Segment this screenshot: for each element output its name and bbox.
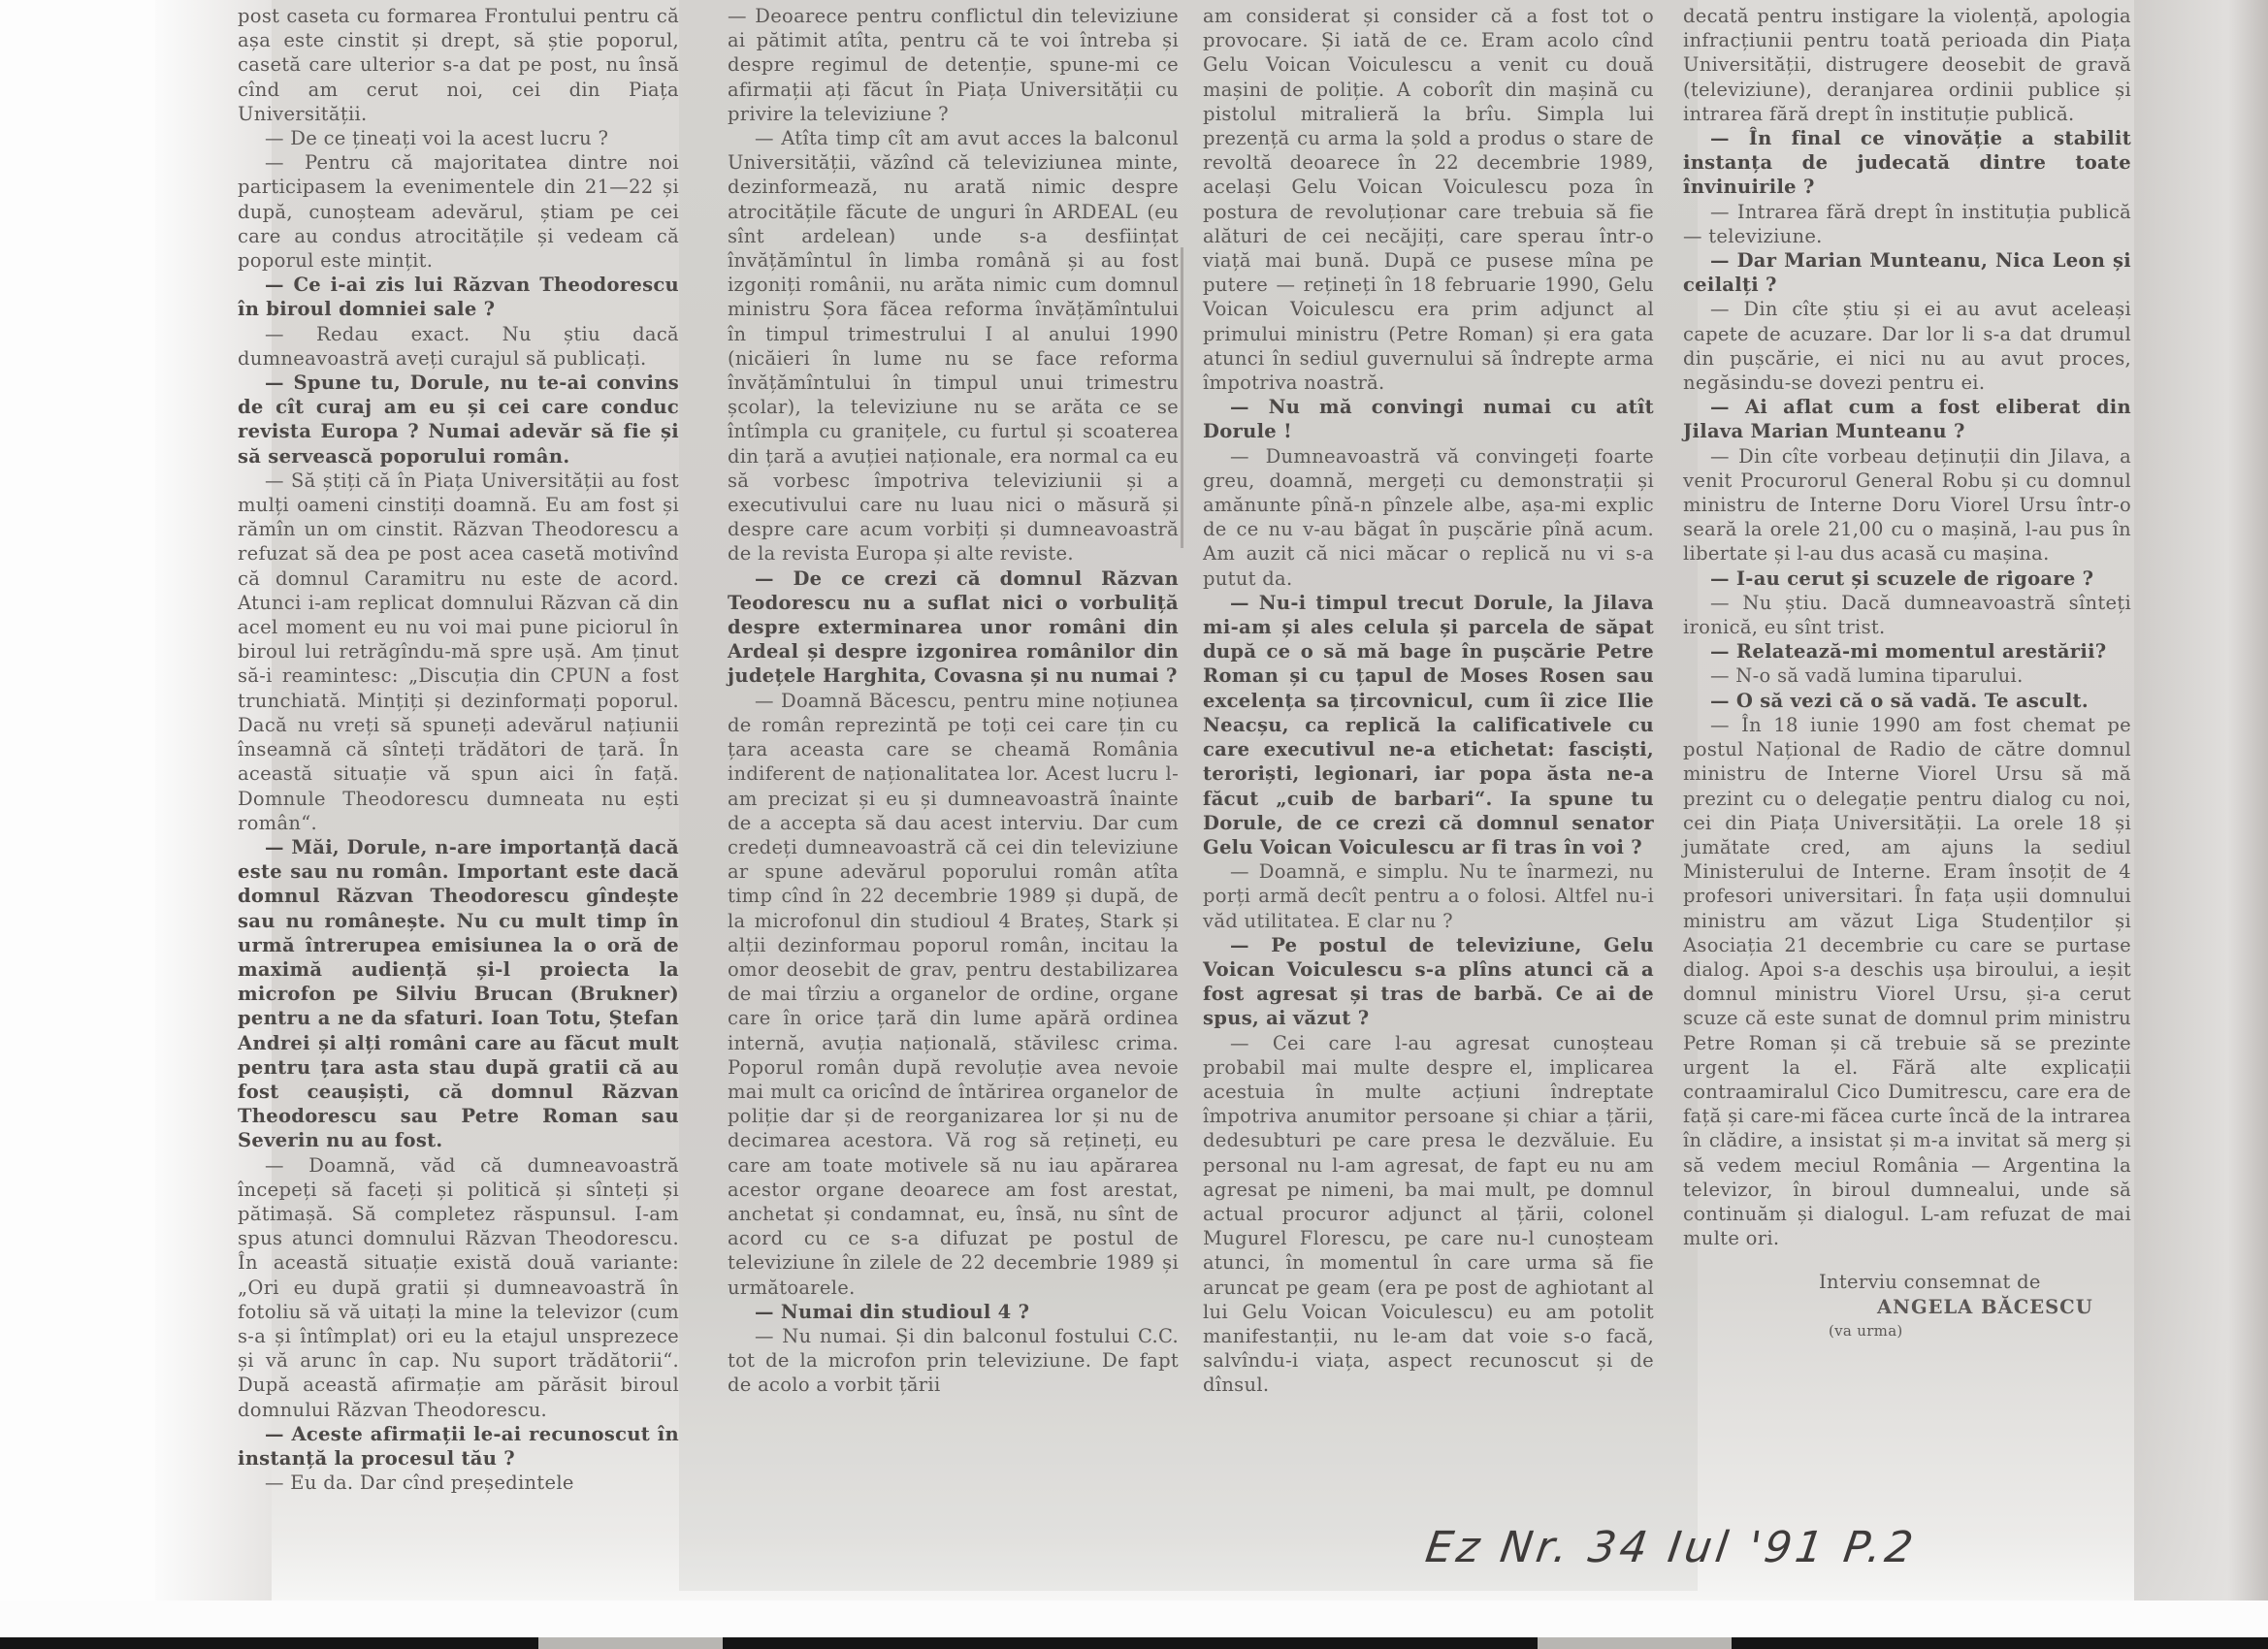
interview-question: — Numai din studioul 4 ?	[728, 1300, 1179, 1324]
scanner-margin	[0, 1600, 2268, 1637]
interview-paragraph: post caseta cu formarea Frontului pentru…	[238, 4, 679, 126]
interview-paragraph: — Intrarea fără drept în instituția publ…	[1683, 200, 2131, 248]
interview-paragraph: — Dumneavoastră vă convingeți foarte gre…	[1203, 444, 1654, 591]
scanner-edge-gap	[538, 1637, 723, 1649]
interview-question: — O să vezi că o să vadă. Te ascult.	[1683, 689, 2131, 713]
interview-question: — Nu mă convingi numai cu atît Dorule !	[1203, 395, 1654, 443]
interview-question: — De ce crezi că domnul Răzvan Teodoresc…	[728, 566, 1179, 689]
article-column-1: post caseta cu formarea Frontului pentru…	[238, 4, 679, 1495]
interview-paragraph: — De ce țineați voi la acest lucru ?	[238, 126, 679, 150]
interview-paragraph: — Redau exact. Nu știu dacă dumneavoastr…	[238, 322, 679, 371]
interview-paragraph: — Din cîte vorbeau deținuții din Jilava,…	[1683, 444, 2131, 566]
interview-question: — Ce i-ai zis lui Răzvan Theodorescu în …	[238, 273, 679, 321]
scan-background: post caseta cu formarea Frontului pentru…	[0, 0, 2268, 1649]
fold-line	[1181, 247, 1183, 548]
interview-question: — Nu-i timpul trecut Dorule, la Jilava m…	[1203, 591, 1654, 859]
interview-question: — Ai aflat cum a fost eliberat din Jilav…	[1683, 395, 2131, 443]
interview-paragraph: — Doamnă Băcescu, pentru mine noțiunea d…	[728, 689, 1179, 1300]
article-column-4: decată pentru instigare la violență, apo…	[1683, 4, 2131, 1343]
interview-paragraph: — Să știți că în Piața Universității au …	[238, 469, 679, 835]
interview-paragraph: — Pentru că majoritatea dintre noi parti…	[238, 150, 679, 273]
scanner-edge-bar	[0, 1637, 2268, 1649]
interview-paragraph: — Eu da. Dar cînd președintele	[238, 1471, 679, 1495]
interview-paragraph: — Deoarece pentru conflictul din televiz…	[728, 4, 1179, 126]
interview-paragraph: — În 18 iunie 1990 am fost chemat pe pos…	[1683, 713, 2131, 1250]
interview-paragraph: — Din cîte știu și ei au avut aceleași c…	[1683, 297, 2131, 395]
interview-question: — Aceste afirmații le-ai recunoscut în i…	[238, 1422, 679, 1471]
interview-question: — În final ce vinovăție a stabilit insta…	[1683, 126, 2131, 200]
interview-question: — Pe postul de televiziune, Gelu Voican …	[1203, 933, 1654, 1031]
interview-question: — I-au cerut și scuzele de rigoare ?	[1683, 566, 2131, 591]
article-column-3: am considerat și consider că a fost tot …	[1203, 4, 1654, 1398]
interview-question: — Relatează-mi momentul arestării?	[1683, 639, 2131, 663]
article-column-2: — Deoarece pentru conflictul din televiz…	[728, 4, 1179, 1398]
interview-paragraph: — Nu știu. Dacă dumneavoastră sînteți ir…	[1683, 591, 2131, 639]
signature-credit: Interviu consemnat de	[1683, 1270, 2131, 1294]
interview-paragraph: — Atîta timp cît am avut acces la balcon…	[728, 126, 1179, 566]
interview-question: — Dar Marian Munteanu, Nica Leon și ceil…	[1683, 248, 2131, 297]
article-signature: Interviu consemnat deANGELA BĂCESCU(va u…	[1683, 1270, 2131, 1343]
handwritten-note: Ez Nr. 34 Iul '91 P.2	[1422, 1523, 1920, 1572]
interview-question: — Măi, Dorule, n-are importanță dacă est…	[238, 835, 679, 1153]
continuation-note: (va urma)	[1683, 1319, 2131, 1343]
author-name: ANGELA BĂCESCU	[1683, 1295, 2131, 1319]
interview-paragraph: — Cei care l-au agresat cunoșteau probab…	[1203, 1031, 1654, 1398]
interview-paragraph: am considerat și consider că a fost tot …	[1203, 4, 1654, 395]
scanner-edge-gap	[1538, 1637, 1732, 1649]
interview-paragraph: decată pentru instigare la violență, apo…	[1683, 4, 2131, 126]
interview-paragraph: — N-o să vadă lumina tiparului.	[1683, 663, 2131, 688]
interview-question: — Spune tu, Dorule, nu te-ai convins de …	[238, 371, 679, 469]
interview-paragraph: — Doamnă, văd că dumneavoastră începeți …	[238, 1153, 679, 1422]
interview-paragraph: — Nu numai. Și din balconul fostului C.C…	[728, 1324, 1179, 1398]
interview-paragraph: — Doamnă, e simplu. Nu te înarmezi, nu p…	[1203, 859, 1654, 933]
page-right-edge	[2134, 0, 2268, 1600]
